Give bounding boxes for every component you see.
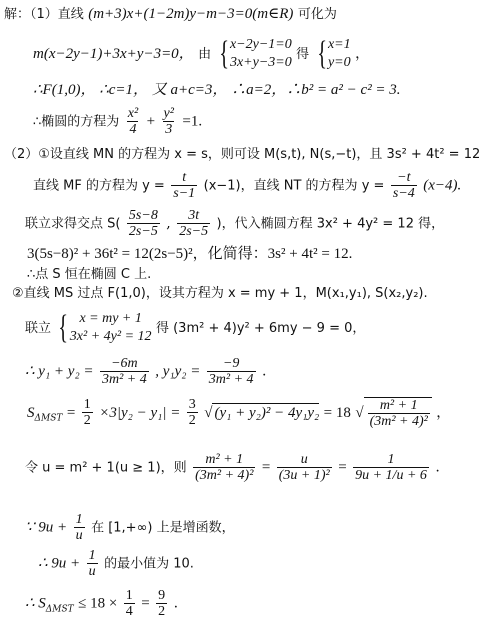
num: u xyxy=(299,452,310,467)
text: , xyxy=(166,216,170,232)
text: ∴ S xyxy=(25,596,46,612)
math-expression: m(x−2y−1)+3x+y−3=0， xyxy=(33,46,194,62)
part2-line6: 直线 MF 的方程为 y = ts−1 (x−1)，直线 NT 的方程为 y =… xyxy=(33,170,461,201)
den: 2 xyxy=(82,412,93,428)
text: 直线 MF 的方程为 y = xyxy=(33,179,165,194)
num: −t xyxy=(395,170,412,185)
text: 联立求得交点 S( xyxy=(25,217,120,232)
den: 3 xyxy=(163,121,174,137)
den: 4 xyxy=(127,121,138,137)
math-expression: (m+3)x+(1−2m)y−m−3=0(m∈R) xyxy=(88,6,293,22)
part1-line3: ∴F(1,0)， ∴c=1， 又 a+c=3， ∴a=2，∴b² = a² − … xyxy=(33,81,401,99)
num: 9 xyxy=(156,588,167,603)
text: = 18 xyxy=(324,405,351,421)
equation-system: { x−2y−1=03x+y−3=0 xyxy=(216,36,292,72)
left-brace-icon: { xyxy=(317,37,327,71)
den: u xyxy=(74,527,85,543)
den: 2 xyxy=(156,603,167,619)
fraction: 3t2s−5 xyxy=(177,208,210,239)
fraction: 1u xyxy=(74,512,85,543)
fraction: 1u xyxy=(87,548,98,579)
eq: x−2y−1=0 xyxy=(230,36,292,54)
den: 3m² + 4 xyxy=(207,371,256,387)
eq: 3x+y−3=0 xyxy=(230,54,292,72)
fraction: 12 xyxy=(82,397,93,428)
part2-line9: ∴点 S 恒在椭圆 C 上. xyxy=(27,266,151,284)
part2-line12: ∴ y₁ + y₂ = −6m3m² + 4 , y₁y₂ = −93m² + … xyxy=(25,356,266,387)
text: ， xyxy=(436,405,450,421)
solution-system: { x=1y=0 xyxy=(314,36,351,72)
part2-line17: ∴ SΔMST ≤ 18 × 14 = 92 . xyxy=(25,588,178,619)
fraction: −93m² + 4 xyxy=(207,356,256,387)
text: =1. xyxy=(182,114,202,130)
text: 得 xyxy=(296,47,309,62)
text: 的最小值为 10. xyxy=(104,557,194,572)
part2-line11: 联立 { x = my + 13x² + 4y² = 12 得 (3m² + 4… xyxy=(25,310,365,346)
part1-line2: m(x−2y−1)+3x+y−3=0， 由 { x−2y−1=03x+y−3=0… xyxy=(33,36,369,72)
fraction: 92 xyxy=(156,588,167,619)
text: ∵ 9u + xyxy=(25,520,67,536)
fraction: y²3 xyxy=(162,106,176,137)
den: 9u + 1/u + 6 xyxy=(353,467,429,483)
text: . xyxy=(435,460,439,476)
text: 在 [1,+∞) 上是增函数， xyxy=(91,521,235,536)
num: 1 xyxy=(82,397,93,412)
fraction: 14 xyxy=(124,588,135,619)
eq: x = my + 1 xyxy=(79,310,141,328)
part1-line4: ∴椭圆的方程为 x²4 + y²3 =1. xyxy=(33,106,202,137)
part1-line1: 解：（1）直线 (m+3)x+(1−2m)y−m−3=0(m∈R) 可化为 xyxy=(4,5,337,24)
den: 4 xyxy=(124,603,135,619)
text: (x−4). xyxy=(423,178,461,194)
den: s−1 xyxy=(171,185,197,201)
left-brace-icon: { xyxy=(59,311,69,345)
den: s−4 xyxy=(391,185,417,201)
eq: y=0 xyxy=(328,54,351,72)
text: 令 u = m² + 1(u ≥ 1)，则 xyxy=(25,461,187,476)
num: 5s−8 xyxy=(127,208,160,223)
den: (3u + 1)² xyxy=(277,467,332,483)
text: ≤ 18 × xyxy=(78,596,117,612)
num: 1 xyxy=(124,588,135,603)
fraction: −6m3m² + 4 xyxy=(100,356,149,387)
num: −9 xyxy=(221,356,241,371)
fraction: m² + 1(3m² + 4)² xyxy=(368,398,430,429)
part2-line8: 3(5s−8)² + 36t² = 12(2s−5)²，化简得：3s² + 4t… xyxy=(27,245,352,263)
text: = xyxy=(141,596,149,612)
text: 得 (3m² + 4)y² + 6my − 9 = 0， xyxy=(156,321,365,336)
num: −6m xyxy=(109,356,140,371)
num: 1 xyxy=(87,548,98,563)
text: (x−1)，直线 NT 的方程为 y = xyxy=(204,179,385,194)
part2-line7: 联立求得交点 S( 5s−82s−5 , 3t2s−5 )，代入椭圆方程 3x²… xyxy=(25,208,444,239)
text: ， xyxy=(355,46,369,62)
text: . xyxy=(262,364,266,380)
part2-line15: ∵ 9u + 1u 在 [1,+∞) 上是增函数， xyxy=(25,512,235,543)
num: m² + 1 xyxy=(203,452,245,467)
equation-system: { x = my + 13x² + 4y² = 12 xyxy=(55,310,151,346)
den: u xyxy=(87,563,98,579)
part2-line5: （2）①设直线 MN 的方程为 x = s，则可设 M(s,t), N(s,−t… xyxy=(4,146,481,164)
num: 3t xyxy=(186,208,201,223)
fraction: ts−1 xyxy=(171,170,197,201)
text: ∴ y₁ + y₂ = xyxy=(25,364,94,380)
eq: x=1 xyxy=(328,36,351,54)
num: 3 xyxy=(187,397,198,412)
fraction: −ts−4 xyxy=(391,170,417,201)
fraction: m² + 1(3m² + 4)² xyxy=(193,452,255,483)
subscript: ΔMST xyxy=(35,414,63,424)
text: , y₁y₂ = xyxy=(155,364,200,380)
subscript: ΔMST xyxy=(46,604,74,614)
text: ×3|y₂ − y₁| = xyxy=(99,405,180,421)
text: )，代入椭圆方程 3x² + 4y² = 12 得， xyxy=(217,217,445,232)
text: ∴椭圆的方程为 xyxy=(33,115,119,130)
den: 2s−5 xyxy=(177,223,210,239)
text: S xyxy=(27,405,35,421)
left-brace-icon: { xyxy=(219,37,229,71)
text: + xyxy=(147,114,155,130)
den: 2 xyxy=(187,412,198,428)
num: x² xyxy=(126,106,140,121)
den: 3m² + 4 xyxy=(100,371,149,387)
part2-line10: ②直线 MS 过点 F(1,0)，设其方程为 x = my + 1，M(x₁,y… xyxy=(12,285,428,303)
part2-line14: 令 u = m² + 1(u ≥ 1)，则 m² + 1(3m² + 4)² =… xyxy=(25,452,440,483)
fraction: 5s−82s−5 xyxy=(127,208,160,239)
num: 1 xyxy=(386,452,397,467)
text: 可化为 xyxy=(298,7,337,22)
fraction: u(3u + 1)² xyxy=(277,452,332,483)
num: t xyxy=(180,170,188,185)
text: = xyxy=(262,460,270,476)
text: 联立 xyxy=(25,321,51,336)
text: 由 xyxy=(198,47,211,62)
text: = xyxy=(67,405,75,421)
num: 1 xyxy=(74,512,85,527)
den: (3m² + 4)² xyxy=(368,413,430,429)
num: m² + 1 xyxy=(378,398,420,413)
num: y² xyxy=(162,106,176,121)
sqrt-content: (y₁ + y₂)² − 4y₁y₂ xyxy=(212,403,319,422)
text: . xyxy=(174,596,178,612)
fraction: 32 xyxy=(187,397,198,428)
text: = xyxy=(338,460,346,476)
fraction: x²4 xyxy=(126,106,140,137)
den: 2s−5 xyxy=(127,223,160,239)
part2-line16: ∴ 9u + 1u 的最小值为 10. xyxy=(38,548,194,579)
fraction: 19u + 1/u + 6 xyxy=(353,452,429,483)
text: 解：（1）直线 xyxy=(4,7,84,22)
text: ∴ 9u + xyxy=(38,556,80,572)
eq: 3x² + 4y² = 12 xyxy=(70,328,152,346)
part2-line13: SΔMST = 12 ×3|y₂ − y₁| = 32 √(y₁ + y₂)² … xyxy=(27,397,450,429)
den: (3m² + 4)² xyxy=(193,467,255,483)
